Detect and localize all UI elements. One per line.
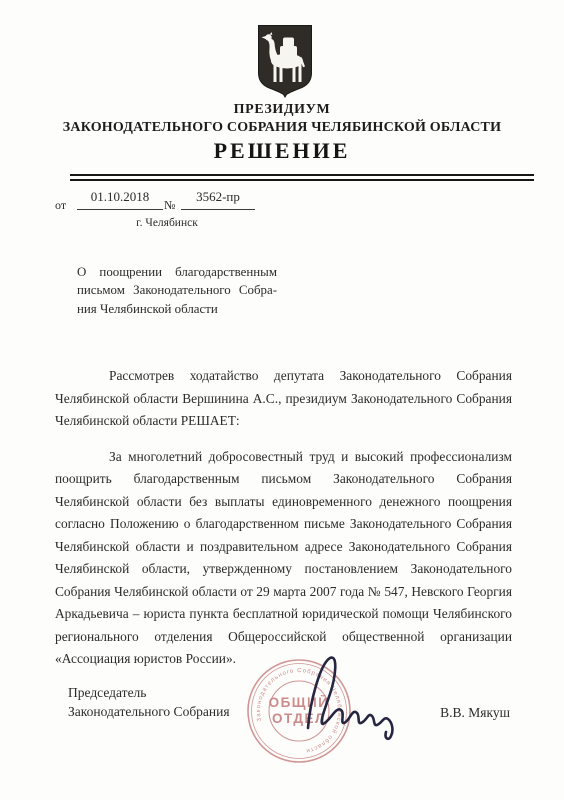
date-value: 01.10.2018 [77, 189, 163, 210]
body-paragraph-1: Рассмотрев ходатайство депутата Законода… [55, 365, 512, 433]
coat-of-arms-icon [257, 24, 313, 98]
number-value: 3562-пр [181, 189, 255, 210]
body-paragraph-2: За многолетний добросовестный труд и выс… [55, 446, 512, 671]
document-type-title: РЕШЕНИЕ [0, 138, 564, 164]
signature-scrawl-icon [294, 650, 409, 742]
subject-line: письмом Законодательного Собра- [77, 281, 277, 299]
org-name-line2: ЗАКОНОДАТЕЛЬНОГО СОБРАНИЯ ЧЕЛЯБИНСКОЙ ОБ… [0, 120, 564, 136]
org-name-line1: ПРЕЗИДИУМ [0, 102, 564, 118]
signer-title-line2: Законодательного Собрания [68, 703, 230, 722]
subject-line: О поощрении благодарственным [77, 263, 277, 281]
signer-title: Председатель Законодательного Собрания [68, 684, 230, 721]
document-body: Рассмотрев ходатайство депутата Законода… [55, 365, 512, 671]
document-page: ПРЕЗИДИУМ ЗАКОНОДАТЕЛЬНОГО СОБРАНИЯ ЧЕЛЯ… [0, 0, 564, 800]
city-label: г. Челябинск [117, 217, 217, 229]
subject-line: ния Челябинской области [77, 300, 277, 318]
date-prefix-label: от [55, 198, 66, 213]
number-prefix-label: № [164, 198, 175, 213]
signer-name: В.В. Мякуш [420, 705, 510, 721]
signer-title-line1: Председатель [68, 684, 230, 703]
header-divider [70, 174, 534, 181]
subject-block: О поощрении благодарственным письмом Зак… [77, 263, 277, 318]
